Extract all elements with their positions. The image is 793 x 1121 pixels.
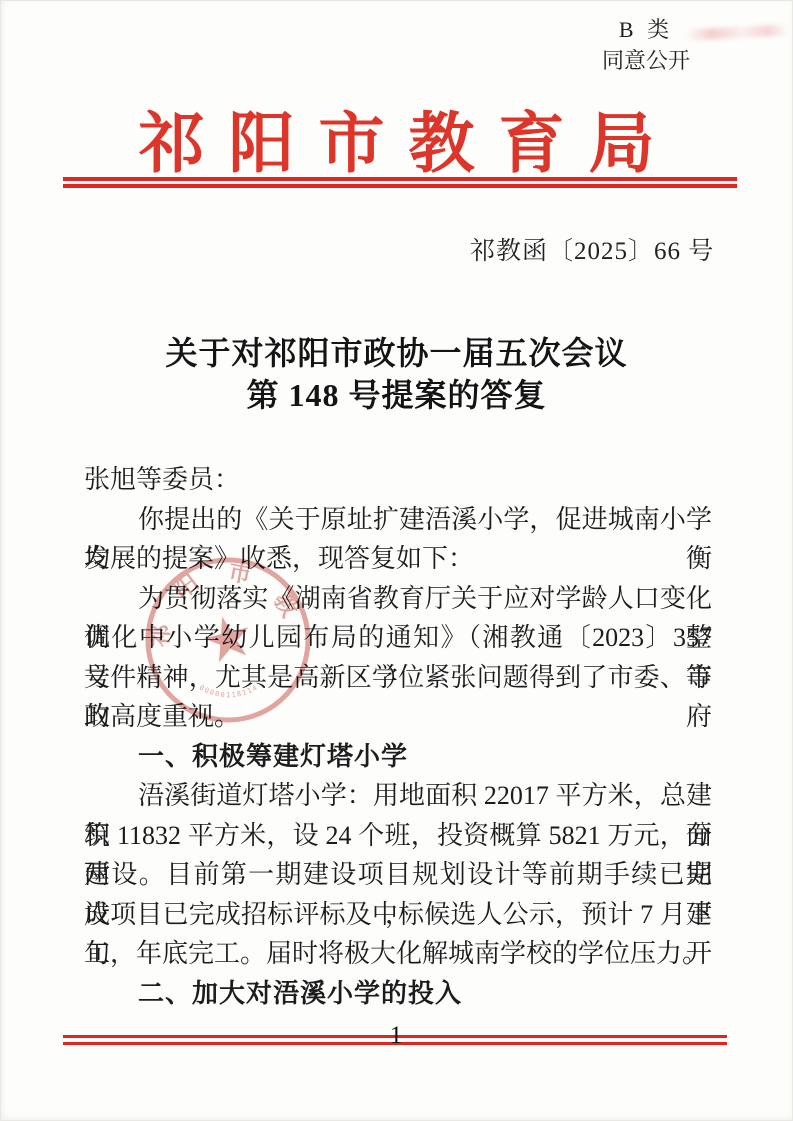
- body-line: 建设。目前第一期建设项目规划设计等前期手续已完成，建: [84, 855, 712, 895]
- body-line: 积 11832 平方米，设 24 个班，投资概算 5821 万元，分两期: [84, 816, 712, 856]
- header-rule: [63, 177, 737, 188]
- doc-number: 祁教函〔2025〕66 号: [470, 231, 714, 267]
- classification-block: B 类 同意公开: [586, 14, 706, 76]
- body-line: 文件精神，尤其是高新区学位紧张问题得到了市委、市政府: [84, 658, 712, 698]
- doc-title-line2: 第 148 号提案的答复: [0, 374, 793, 416]
- section-heading: 二、加大对浯溪小学的投入: [84, 974, 712, 1014]
- section-heading: 一、积极筹建灯塔小学: [84, 737, 712, 777]
- page-number: 1: [378, 1022, 414, 1050]
- document-body: 张旭等委员：你提出的《关于原址扩建浯溪小学，促进城南小学均衡发展的提案》收悉，现…: [84, 460, 712, 1013]
- doc-title-line1: 关于对祁阳市政协一届五次会议: [0, 332, 793, 374]
- body-line: 优化中小学幼儿园布局的通知》（湘教通〔2023〕357 号）等: [84, 618, 712, 658]
- body-line: 设项目已完成招标评标及中标候选人公示，预计 7 月下旬开: [84, 895, 712, 935]
- agency-title: 祁阳市教育局: [0, 90, 793, 185]
- header-rule-bottom-line: [63, 184, 737, 188]
- doc-title: 关于对祁阳市政协一届五次会议 第 148 号提案的答复: [0, 332, 793, 416]
- body-line: 张旭等委员：: [84, 460, 712, 500]
- publicity-label: 同意公开: [586, 45, 706, 76]
- body-line: 工，年底完工。届时将极大化解城南学校的学位压力。: [84, 934, 712, 974]
- body-line: 浯溪街道灯塔小学：用地面积 22017 平方米，总建筑面: [84, 776, 712, 816]
- document-page: B 类 同意公开 祁阳市教育局 祁教函〔2025〕66 号 关于对祁阳市政协一届…: [0, 0, 793, 1121]
- body-line: 你提出的《关于原址扩建浯溪小学，促进城南小学均衡: [84, 500, 712, 540]
- body-line: 为贯彻落实《湖南省教育厅关于应对学龄人口变化调整: [84, 579, 712, 619]
